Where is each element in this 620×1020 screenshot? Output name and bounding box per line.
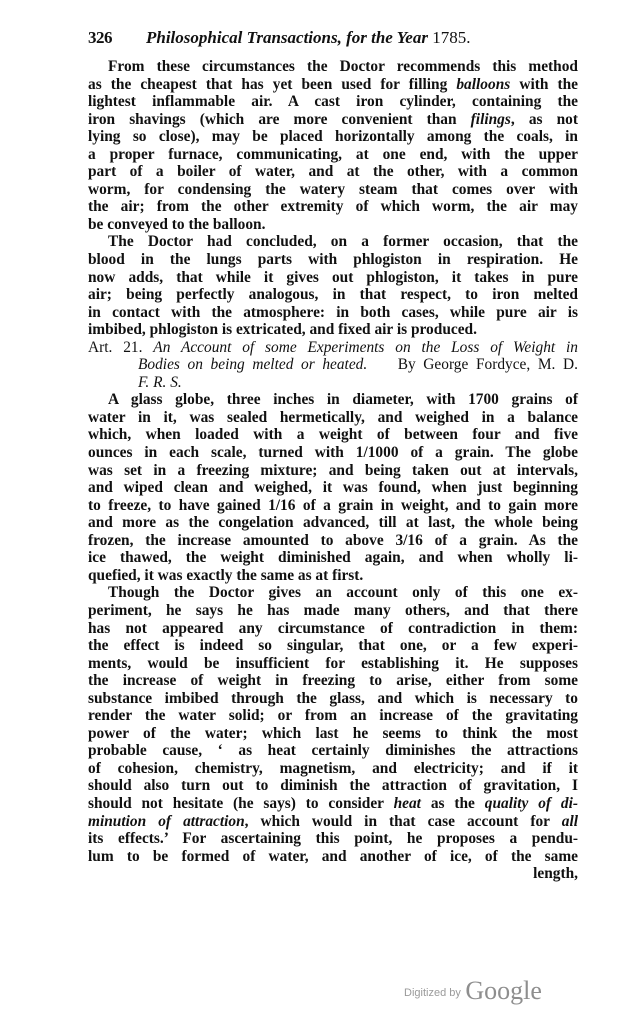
text-line: substance imbibed through the glass, and… (88, 690, 578, 708)
text-line: part of a boiler of water, and at the ot… (88, 163, 578, 181)
text-line: Art. 21. An Account of some Experiments … (88, 339, 578, 357)
article-title-cont: Bodies on being melted or heated. (138, 356, 367, 373)
watermark-prefix: Digitized by (404, 987, 461, 999)
text-line: probable cause, ‘ as heat certainly dimi… (88, 742, 578, 760)
article-label: Art. 21. (88, 339, 142, 356)
text-line: Though the Doctor gives an account only … (88, 584, 578, 602)
paragraph: From these circumstances the Doctor reco… (88, 58, 578, 233)
page-body: From these circumstances the Doctor reco… (88, 58, 578, 883)
text-line: should also turn out to diminish the att… (88, 777, 578, 795)
article-fellowship: F. R. S. (138, 374, 182, 391)
article-title: An Account of some Experiments on the Lo… (153, 339, 578, 356)
text-line: as the cheapest that has yet been used f… (88, 76, 578, 94)
text-line: lying so close), may be placed horizonta… (88, 128, 578, 146)
paragraph: A glass globe, three inches in diameter,… (88, 391, 578, 584)
italic-term: minution of attraction (88, 813, 245, 830)
digitization-watermark: Digitized by Google (404, 976, 542, 1006)
text-line: iron shavings (which are more convenient… (88, 111, 578, 129)
text-line: worm, for condensing the watery steam th… (88, 181, 578, 199)
text-line: ments, would be insufficient for establi… (88, 655, 578, 673)
text-line: ounces in each scale, turned with 1/1000… (88, 444, 578, 462)
running-title-year: 1785. (432, 28, 470, 47)
italic-term: heat (394, 795, 421, 812)
text-line: water in it, was sealed hermetically, an… (88, 409, 578, 427)
text-line: and wiped clean and weighed, it was foun… (88, 479, 578, 497)
text-line: imbibed, phlogiston is extricated, and f… (88, 321, 578, 339)
italic-term: filings (471, 111, 511, 128)
text-line: Bodies on being melted or heated. By Geo… (88, 356, 578, 374)
running-title: Philosophical Transactions, for the Year… (146, 28, 470, 48)
italic-term: all (562, 813, 578, 830)
google-logo: Google (465, 976, 542, 1005)
text-line: lum to be formed of water, and another o… (88, 848, 578, 866)
text-line: of cohesion, chemistry, magnetism, and e… (88, 760, 578, 778)
running-title-text: Philosophical Transactions, for the Year (146, 28, 428, 47)
article-byline: By George Fordyce, M. D. (398, 356, 578, 373)
text-line: periment, he says he has made many other… (88, 602, 578, 620)
text-line: a proper furnace, communicating, at one … (88, 146, 578, 164)
text-line: A glass globe, three inches in diameter,… (88, 391, 578, 409)
text-line: and more as the congelation advanced, ti… (88, 514, 578, 532)
text-line: frozen, the increase amounted to above 3… (88, 532, 578, 550)
italic-term: balloons (456, 76, 510, 93)
text-line: now adds, that while it gives out phlogi… (88, 269, 578, 287)
text-line: its effects.’ For ascertaining this poin… (88, 830, 578, 848)
text-line: From these circumstances the Doctor reco… (88, 58, 578, 76)
text-line: air; being perfectly analogous, in that … (88, 286, 578, 304)
page-number: 326 (88, 28, 112, 48)
text-line: the air; from the other extremity of whi… (88, 198, 578, 216)
text-line: should not hesitate (he says) to conside… (88, 795, 578, 813)
text-line: be conveyed to the balloon. (88, 216, 578, 234)
paragraph: Though the Doctor gives an account only … (88, 584, 578, 882)
book-page: 326 Philosophical Transactions, for the … (88, 26, 578, 883)
text-line: was set in a freezing mixture; and being… (88, 462, 578, 480)
text-line: the increase of weight in freezing to ar… (88, 672, 578, 690)
text-line: quefied, it was exactly the same as at f… (88, 567, 578, 585)
text-line: to freeze, to have gained 1/16 of a grai… (88, 497, 578, 515)
text-line: has not appeared any circumstance of con… (88, 620, 578, 638)
text-line: lightest inflammable air. A cast iron cy… (88, 93, 578, 111)
article-heading: Art. 21. An Account of some Experiments … (88, 339, 578, 392)
paragraph: The Doctor had concluded, on a former oc… (88, 233, 578, 338)
text-line: The Doctor had concluded, on a former oc… (88, 233, 578, 251)
text-line: the effect is indeed so singular, that o… (88, 637, 578, 655)
text-line: in contact with the atmosphere: in both … (88, 304, 578, 322)
text-line: render the water solid; or from an incre… (88, 707, 578, 725)
text-line: blood in the lungs parts with phlogiston… (88, 251, 578, 269)
text-line: ice thawed, the weight diminished again,… (88, 549, 578, 567)
text-line: power of the water; which last he seems … (88, 725, 578, 743)
running-header: 326 Philosophical Transactions, for the … (88, 26, 578, 52)
italic-term: quality of di- (485, 795, 578, 812)
catchword: length, (88, 865, 578, 883)
text-line: minution of attraction, which would in t… (88, 813, 578, 831)
text-line: F. R. S. (88, 374, 578, 392)
text-line: which, when loaded with a weight of betw… (88, 426, 578, 444)
